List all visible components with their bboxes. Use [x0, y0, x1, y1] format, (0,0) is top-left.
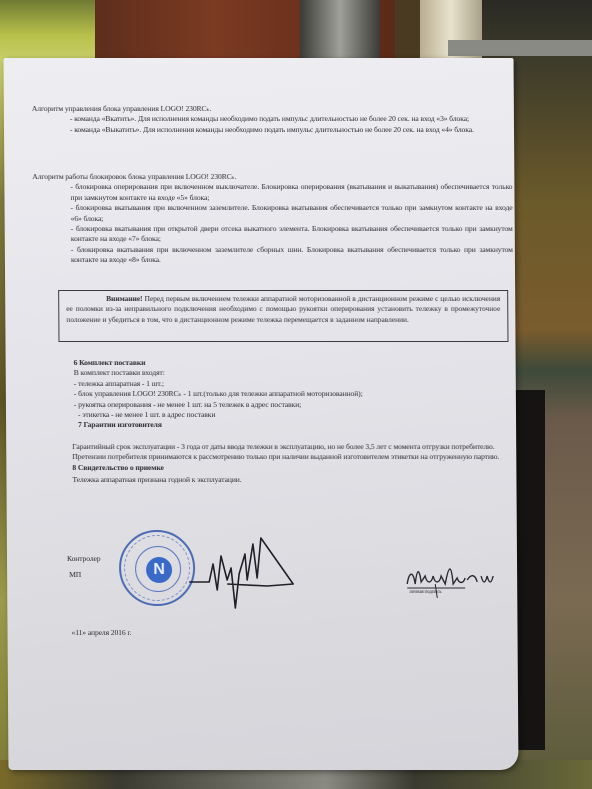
delivery-item: - рукоятка оперирования - не менее 1 шт.…	[48, 400, 498, 410]
acceptance-text: Тележка аппаратная признана годной к экс…	[72, 475, 512, 485]
signature-caption: личная подпись	[409, 590, 441, 596]
delivery-item: - тележка аппаратная - 1 шт.;	[48, 379, 498, 389]
section-7: Гарантийный срок эксплуатации - 3 года о…	[72, 442, 512, 486]
official-stamp: N	[119, 530, 196, 606]
control-algorithm: Алгоритм управления блока управления LOG…	[32, 104, 512, 135]
controller-signature-icon	[187, 534, 298, 614]
section-7-heading: 7 Гарантии изготовителя	[48, 420, 498, 430]
delivery-item: - блок управления LOGO! 230RCₖ - 1 шт.(т…	[48, 389, 498, 399]
background-rod	[300, 0, 380, 65]
section-6-heading: 6 Комплект поставки	[48, 358, 498, 368]
mp-label: МП	[69, 570, 81, 580]
section-8-heading: 8 Свидетельство о приемке	[72, 463, 512, 473]
control-item: - команда «Выкатить». Для исполнения ком…	[32, 125, 512, 135]
interlock-heading: Алгоритм работы блокировок блока управле…	[32, 172, 512, 182]
interlock-algorithm: Алгоритм работы блокировок блока управле…	[32, 172, 513, 266]
warning-box: Внимание! Перед первым включением тележк…	[58, 290, 508, 342]
section-6-intro: В комплект поставки входят:	[48, 368, 498, 378]
interlock-item: - блокировка вкатывания при открытой две…	[33, 224, 513, 245]
control-algorithm-heading: Алгоритм управления блока управления LOG…	[32, 104, 512, 114]
document-page: Алгоритм управления блока управления LOG…	[4, 58, 519, 770]
interlock-item: - блокировка вкатывания при включенном з…	[33, 245, 513, 266]
document-date: «11» апреля 2016 г.	[71, 628, 131, 638]
warning-label: Внимание!	[106, 294, 142, 303]
warranty-text: Гарантийный срок эксплуатации - 3 года о…	[72, 442, 512, 452]
interlock-item: - блокировка оперирования при включенном…	[32, 182, 512, 203]
control-item: - команда «Вкатить». Для исполнения кома…	[32, 114, 512, 124]
delivery-item: - этикетка - не менее 1 шт. в адрес пост…	[48, 410, 498, 420]
section-6: 6 Комплект поставки В комплект поставки …	[48, 358, 499, 431]
controller-label: Контролер	[67, 554, 101, 564]
stamp-logo-icon: N	[146, 557, 172, 583]
background-metal-bar	[448, 40, 592, 56]
interlock-item: - блокировка вкатывания при включенном з…	[33, 203, 513, 224]
background-shadow	[515, 390, 545, 750]
claims-text: Претензии потребителя принимаются к расс…	[72, 452, 512, 462]
